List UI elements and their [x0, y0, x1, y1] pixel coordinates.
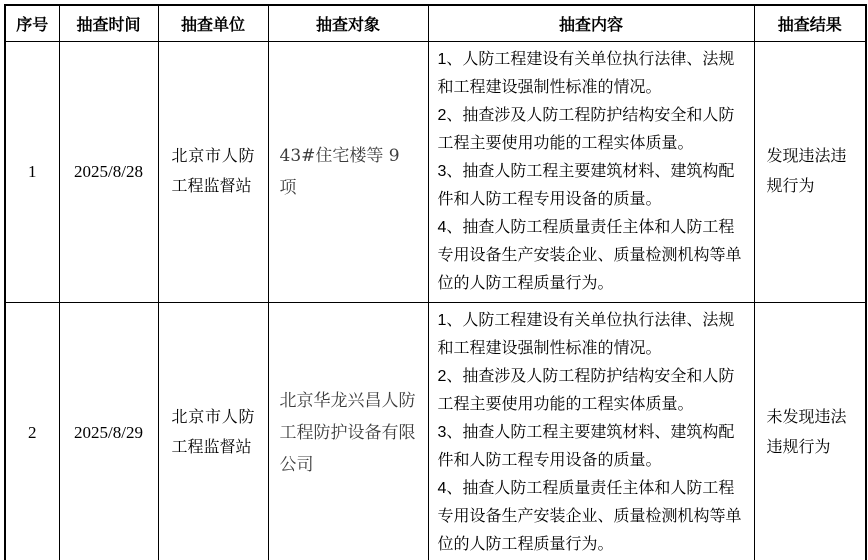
inspection-content: 1、人防工程建设有关单位执行法律、法规和工程建设强制性标准的情况。 2、抽查涉及…: [428, 302, 754, 560]
column-header-content: 抽查内容: [428, 5, 754, 41]
content-item-1: 1、人防工程建设有关单位执行法律、法规和工程建设强制性标准的情况。: [438, 307, 745, 363]
inspection-unit: 北京市人防工程监督站: [158, 41, 268, 302]
content-item-4: 4、抽查人防工程质量责任主体和人防工程专用设备生产安装企业、质量检测机构等单位的…: [438, 214, 745, 298]
inspection-date: 2025/8/29: [59, 302, 158, 560]
inspection-target: 北京华龙兴昌人防工程防护设备有限公司: [268, 302, 428, 560]
column-header-time: 抽查时间: [59, 5, 158, 41]
content-item-1: 1、人防工程建设有关单位执行法律、法规和工程建设强制性标准的情况。: [438, 46, 745, 102]
column-header-result: 抽查结果: [754, 5, 866, 41]
column-header-target: 抽查对象: [268, 5, 428, 41]
content-item-3: 3、抽查人防工程主要建筑材料、建筑构配件和人防工程专用设备的质量。: [438, 158, 745, 214]
content-item-2: 2、抽查涉及人防工程防护结构安全和人防工程主要使用功能的工程实体质量。: [438, 363, 745, 419]
inspection-content: 1、人防工程建设有关单位执行法律、法规和工程建设强制性标准的情况。 2、抽查涉及…: [428, 41, 754, 302]
inspection-target: 43#住宅楼等 9 项: [268, 41, 428, 302]
table-header-row: 序号 抽查时间 抽查单位 抽查对象 抽查内容 抽查结果: [5, 5, 866, 41]
content-item-3: 3、抽查人防工程主要建筑材料、建筑构配件和人防工程专用设备的质量。: [438, 419, 745, 475]
inspection-table: 序号 抽查时间 抽查单位 抽查对象 抽查内容 抽查结果 1 2025/8/28 …: [4, 4, 867, 560]
inspection-result: 发现违法违规行为: [754, 41, 866, 302]
inspection-result: 未发现违法违规行为: [754, 302, 866, 560]
inspection-date: 2025/8/28: [59, 41, 158, 302]
column-header-unit: 抽查单位: [158, 5, 268, 41]
column-header-serial: 序号: [5, 5, 59, 41]
table-row: 2 2025/8/29 北京市人防工程监督站 北京华龙兴昌人防工程防护设备有限公…: [5, 302, 866, 560]
serial-number: 1: [5, 41, 59, 302]
content-item-2: 2、抽查涉及人防工程防护结构安全和人防工程主要使用功能的工程实体质量。: [438, 102, 745, 158]
inspection-unit: 北京市人防工程监督站: [158, 302, 268, 560]
serial-number: 2: [5, 302, 59, 560]
table-row: 1 2025/8/28 北京市人防工程监督站 43#住宅楼等 9 项 1、人防工…: [5, 41, 866, 302]
content-item-4: 4、抽查人防工程质量责任主体和人防工程专用设备生产安装企业、质量检测机构等单位的…: [438, 475, 745, 559]
